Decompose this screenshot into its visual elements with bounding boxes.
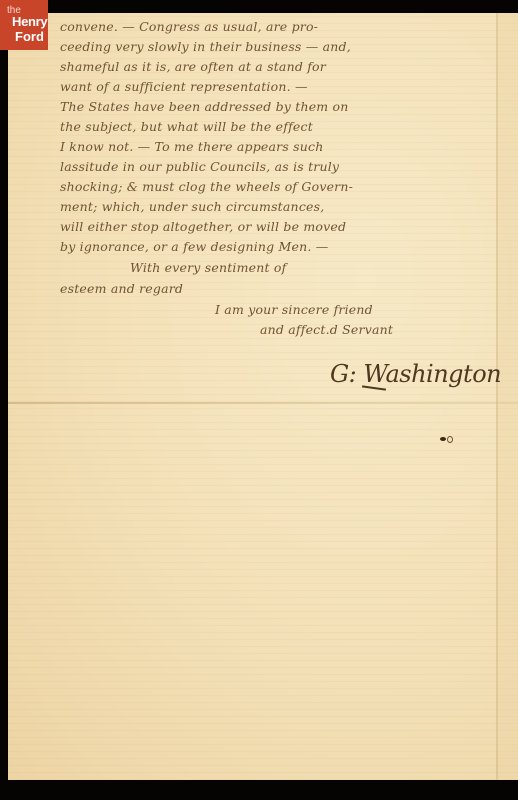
ink-blot bbox=[447, 436, 453, 443]
signature: G: Washington bbox=[330, 360, 501, 388]
henry-ford-logo: the Henry Ford bbox=[0, 0, 48, 50]
horizontal-fold-line bbox=[8, 402, 518, 404]
letter-line: shameful as it is, are often at a stand … bbox=[60, 57, 326, 77]
paper-edge-strip bbox=[498, 13, 518, 780]
letter-line: ment; which, under such circumstances, bbox=[60, 197, 324, 217]
closing-line: and affect.d Servant bbox=[260, 320, 393, 340]
closing-line: With every sentiment of bbox=[130, 258, 286, 278]
closing-line: esteem and regard bbox=[60, 279, 183, 299]
closing-line: I am your sincere friend bbox=[215, 300, 373, 320]
vertical-fold-line bbox=[496, 13, 498, 780]
letter-line: convene. — Congress as usual, are pro- bbox=[60, 17, 318, 37]
letter-line: shocking; & must clog the wheels of Gove… bbox=[60, 177, 353, 197]
letter-line: The States have been addressed by them o… bbox=[60, 97, 349, 117]
logo-text-henry: Henry bbox=[12, 15, 47, 28]
letter-line: the subject, but what will be the effect bbox=[60, 117, 313, 137]
letter-line: will either stop altogether, or will be … bbox=[60, 217, 346, 237]
letter-line: want of a sufficient representation. — bbox=[60, 77, 308, 97]
letter-line: ceeding very slowly in their business — … bbox=[60, 37, 351, 57]
ink-blot bbox=[440, 437, 446, 441]
logo-text-ford: Ford bbox=[15, 30, 44, 43]
letter-line: by ignorance, or a few designing Men. — bbox=[60, 237, 328, 257]
letter-line: lassitude in our public Councils, as is … bbox=[60, 157, 339, 177]
letter-line: I know not. — To me there appears such bbox=[60, 137, 323, 157]
